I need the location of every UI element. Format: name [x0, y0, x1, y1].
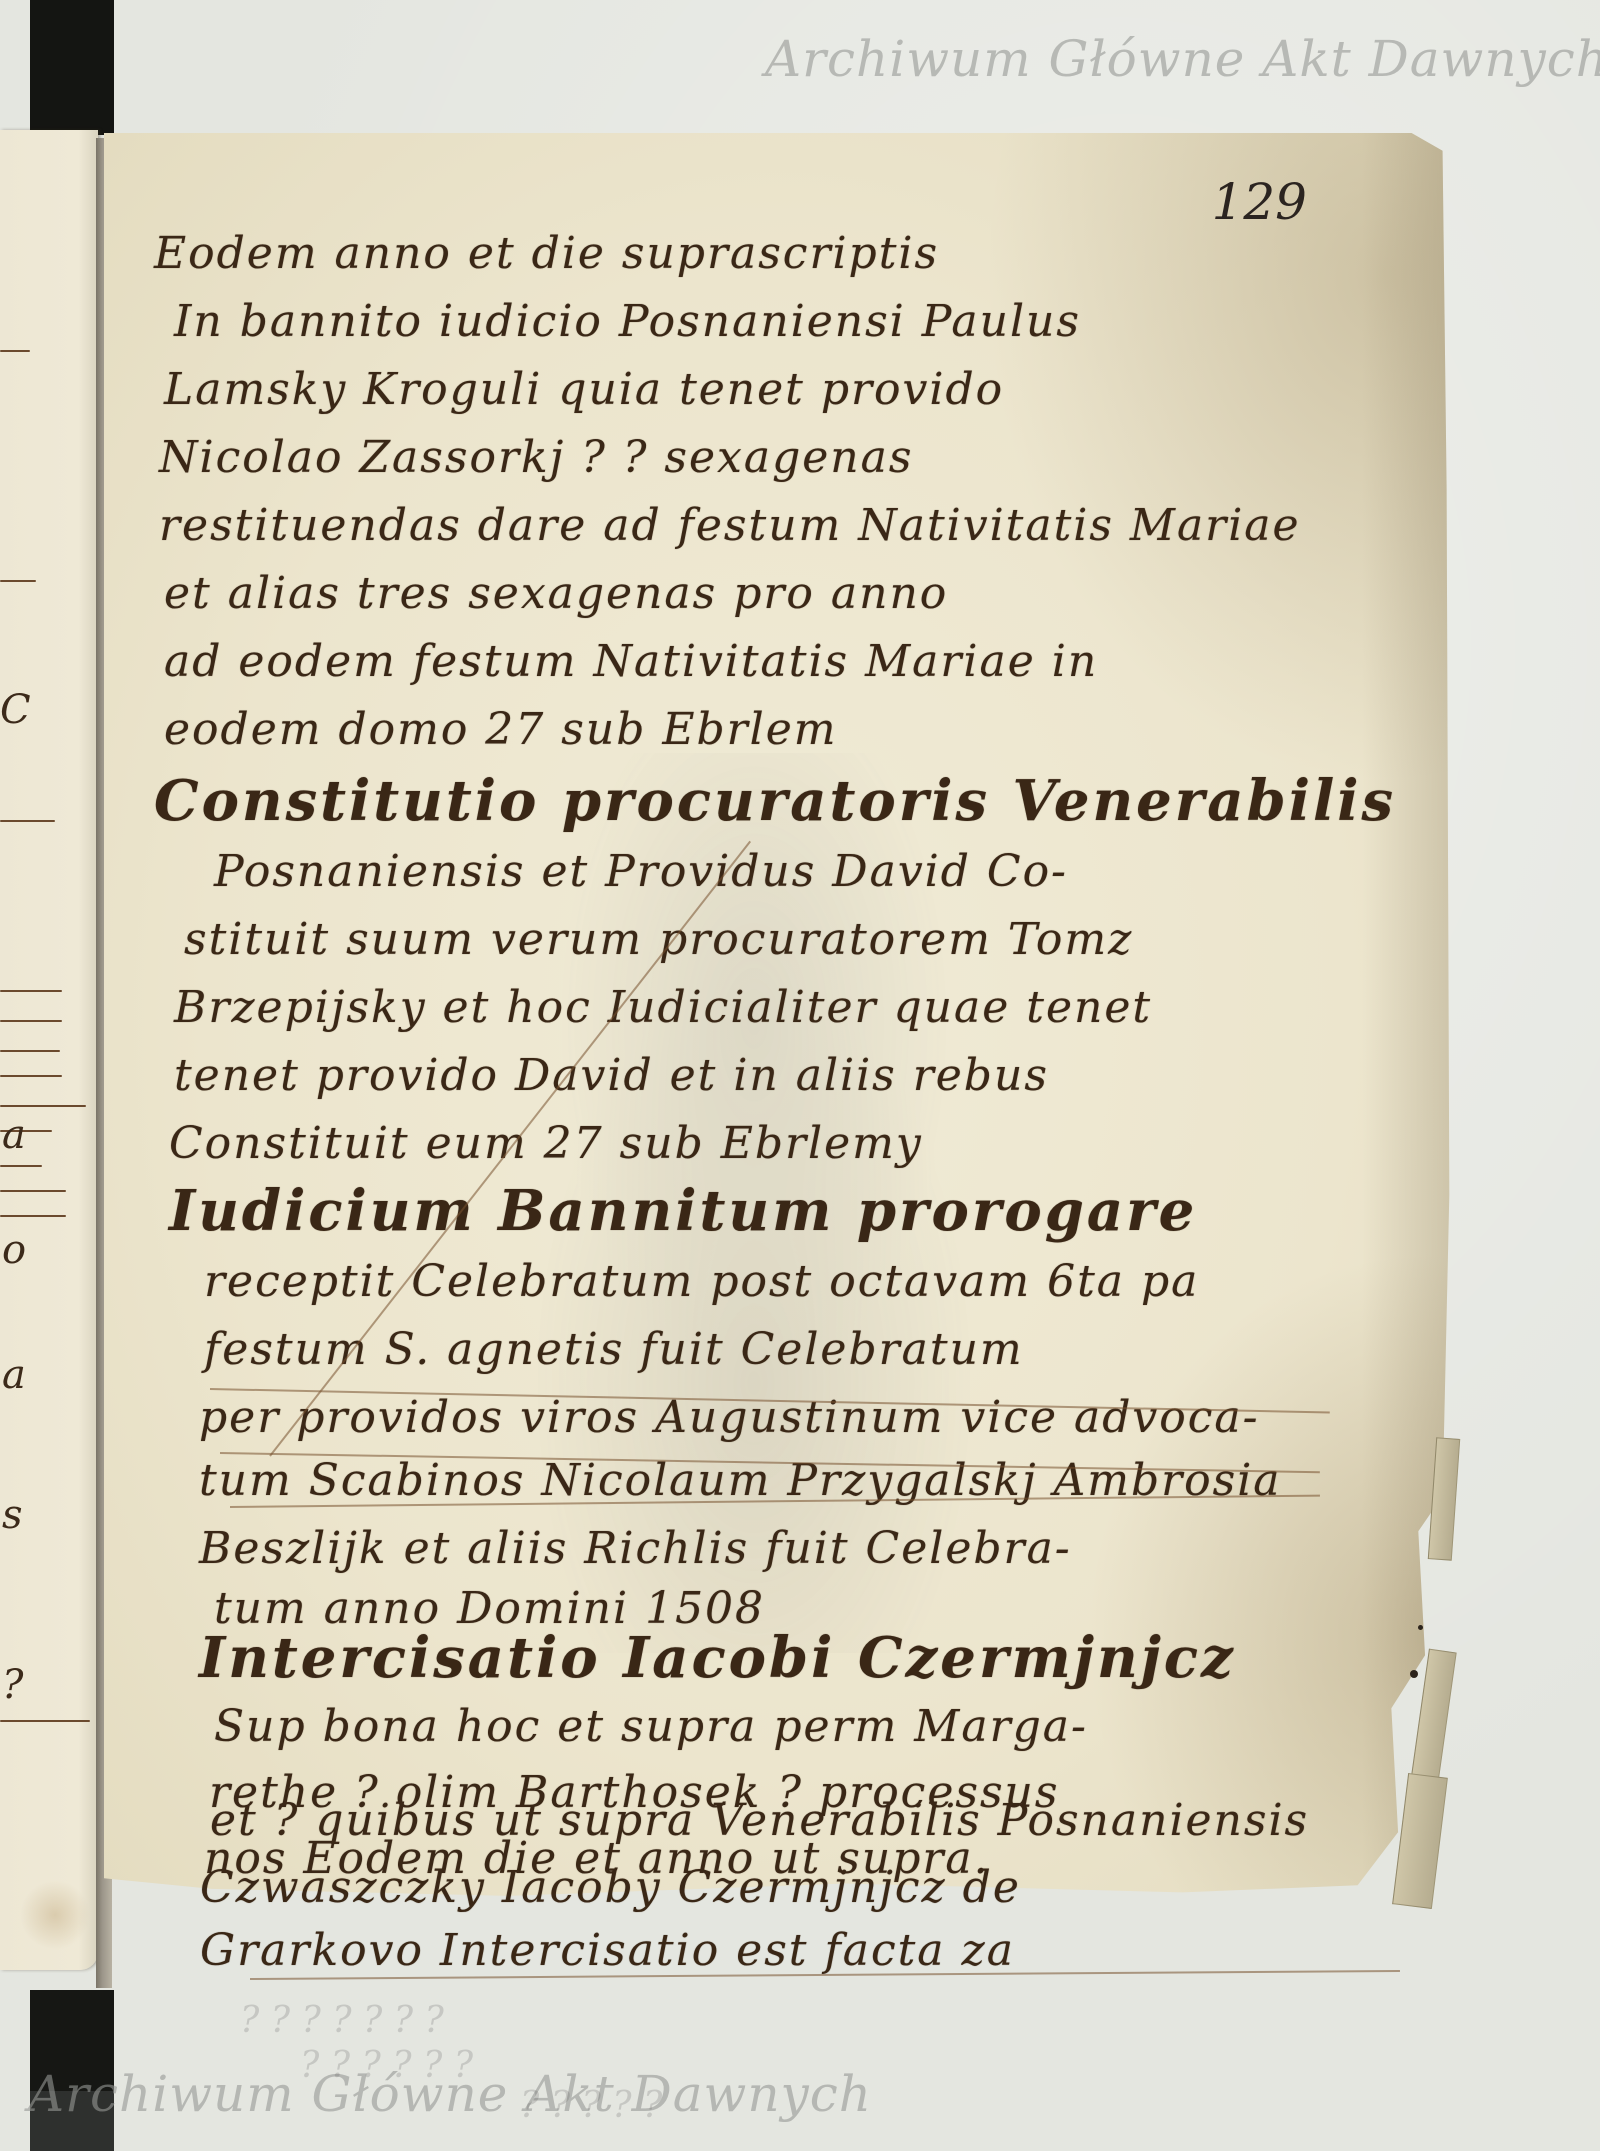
left-page-fragment: o: [2, 1230, 26, 1270]
ink-stroke: [0, 1050, 60, 1052]
manuscript-line: Eodem anno et die suprascriptis: [154, 228, 939, 279]
binding-strip-top: [30, 0, 114, 135]
manuscript-page: 129 Eodem anno et die suprascriptis In b…: [104, 133, 1452, 1903]
bleedthrough-text: ? ? ? ? ? ? ?: [240, 2000, 444, 2041]
manuscript-line: Sup bona hoc et supra perm Marga-: [214, 1701, 1088, 1752]
folio-number: 129: [1212, 173, 1307, 231]
manuscript-line: ad eodem festum Nativitatis Mariae in: [164, 636, 1098, 687]
ink-dot: [1418, 1625, 1423, 1630]
manuscript-line: restituendas dare ad festum Nativitatis …: [159, 500, 1301, 551]
manuscript-line: Lamsky Kroguli quia tenet provido: [164, 364, 1004, 415]
ink-stroke: [0, 1215, 66, 1217]
ink-stroke: [0, 990, 62, 992]
manuscript-line: festum S. agnetis fuit Celebratum: [204, 1324, 1024, 1375]
ink-dot: [1410, 1670, 1418, 1678]
manuscript-line: In bannito iudicio Posnaniensi Paulus: [174, 296, 1081, 347]
section-heading: Iudicium Bannitum prorogare: [169, 1178, 1197, 1244]
ink-stroke: [0, 820, 55, 822]
section-heading: Constitutio procuratoris Venerabilis: [154, 768, 1396, 834]
manuscript-line: et ? quibus ut supra Venerabilis Posnani…: [210, 1795, 1309, 1846]
ink-stroke: [0, 1165, 42, 1167]
left-page-fragment: a: [2, 1355, 26, 1395]
ink-stroke: [0, 1075, 62, 1077]
ink-stroke: [0, 350, 30, 352]
manuscript-line: Nicolao Zassorkj ? ? sexagenas: [159, 432, 913, 483]
manuscript-line: Czwaszczky Iacoby Czermjnjcz de: [200, 1862, 1021, 1913]
manuscript-line: Beszlijk et aliis Richlis fuit Celebra-: [199, 1523, 1072, 1574]
bleedthrough-text: ? ? ? ? ? ?: [300, 2045, 473, 2086]
manuscript-line: Constituit eum 27 sub Ebrlemy: [169, 1118, 923, 1169]
left-page-fragment: s: [2, 1495, 23, 1535]
left-page-fragment: a: [2, 1115, 26, 1155]
ink-stroke: [0, 1720, 90, 1722]
manuscript-line: Brzepijsky et hoc Iudicialiter quae tene…: [174, 982, 1152, 1033]
ink-stroke: [0, 580, 36, 582]
section-heading: Intercisatio Iacobi Czermjnjcz: [199, 1625, 1236, 1691]
bleedthrough-text: ? ? ? ? ?: [520, 2085, 662, 2126]
left-page-fragment: C: [0, 690, 31, 730]
manuscript-line: receptit Celebratum post octavam 6ta pa: [204, 1256, 1199, 1307]
manuscript-line: Posnaniensis et Providus David Co-: [214, 846, 1068, 897]
manuscript-line: tenet provido David et in aliis rebus: [174, 1050, 1049, 1101]
manuscript-line: et alias tres sexagenas pro anno: [164, 568, 948, 619]
ink-stroke: [0, 1105, 86, 1107]
water-stain: [20, 1880, 90, 1950]
ink-stroke: [0, 1190, 66, 1192]
left-page-fragment: ?: [2, 1665, 23, 1705]
archive-watermark-top: Archiwum Główne Akt Dawnych: [765, 30, 1600, 88]
ink-stroke: [0, 1020, 62, 1022]
manuscript-line: Grarkovo Intercisatio est facta za: [200, 1925, 1015, 1976]
manuscript-line: eodem domo 27 sub Ebrlem: [164, 704, 838, 755]
left-page-edge: C a o a s ?: [0, 130, 98, 1970]
